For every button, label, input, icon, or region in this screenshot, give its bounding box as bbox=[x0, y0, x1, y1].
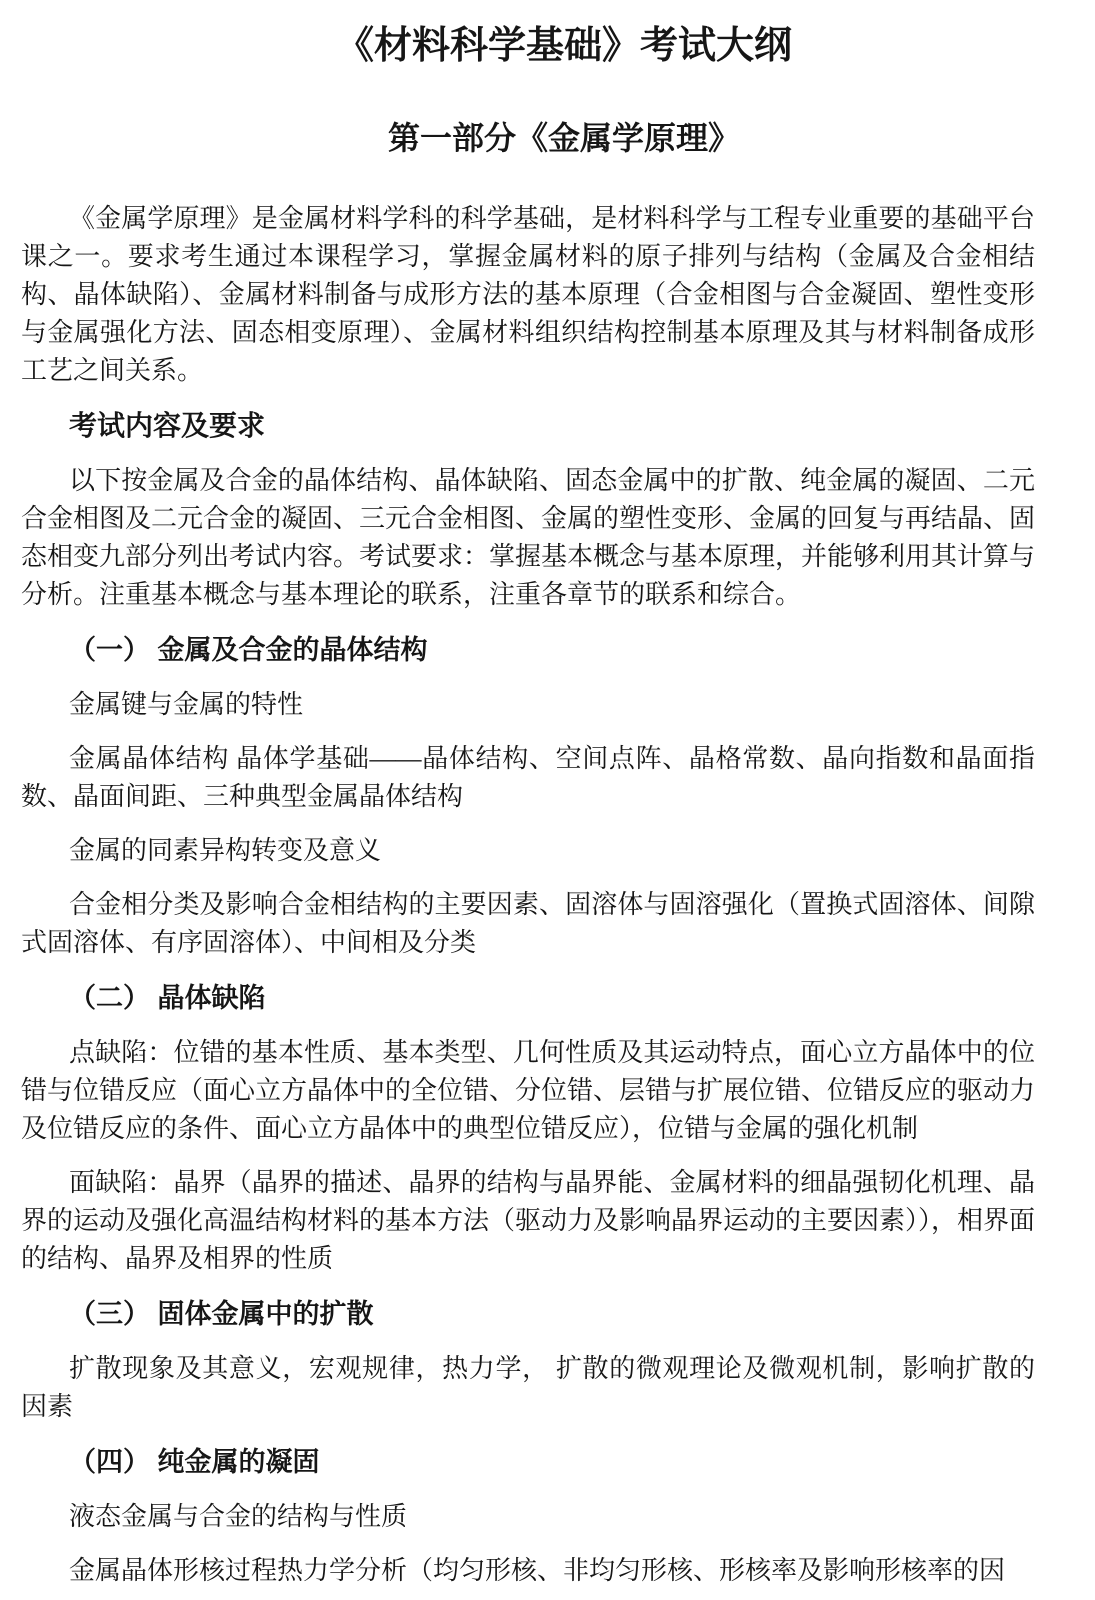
section-paragraph: 金属晶体形核过程热力学分析（均匀形核、非均匀形核、形核率及影响形核率的因 bbox=[21, 1552, 1035, 1590]
document-title: 《材料科学基础》考试大纲 bbox=[21, 22, 1035, 70]
section-paragraph: 合金相分类及影响合金相结构的主要因素、固溶体与固溶强化（置换式固溶体、间隙式固溶… bbox=[21, 886, 1035, 962]
section-paragraph: 金属晶体结构 晶体学基础——晶体结构、空间点阵、晶格常数、晶向指数和晶面指数、晶… bbox=[21, 740, 1035, 816]
section-paragraph: 扩散现象及其意义，宏观规律，热力学， 扩散的微观理论及微观机制，影响扩散的因素 bbox=[21, 1350, 1035, 1426]
section-heading: （二） 晶体缺陷 bbox=[21, 978, 1035, 1018]
exam-requirements-heading: 考试内容及要求 bbox=[21, 406, 1035, 446]
section-paragraph: 液态金属与合金的结构与性质 bbox=[21, 1498, 1035, 1536]
section-heading: （四） 纯金属的凝固 bbox=[21, 1442, 1035, 1482]
section-heading: （三） 固体金属中的扩散 bbox=[21, 1294, 1035, 1334]
syllabus-section-2: （二） 晶体缺陷 点缺陷：位错的基本性质、基本类型、几何性质及其运动特点，面心立… bbox=[21, 978, 1035, 1278]
section-paragraph: 金属的同素异构转变及意义 bbox=[21, 832, 1035, 870]
section-heading: （一） 金属及合金的晶体结构 bbox=[21, 630, 1035, 670]
section-paragraph: 面缺陷：晶界（晶界的描述、晶界的结构与晶界能、金属材料的细晶强韧化机理、晶界的运… bbox=[21, 1164, 1035, 1278]
exam-overview-paragraph: 以下按金属及合金的晶体结构、晶体缺陷、固态金属中的扩散、纯金属的凝固、二元合金相… bbox=[21, 462, 1035, 614]
section-paragraph: 金属键与金属的特性 bbox=[21, 686, 1035, 724]
intro-paragraph: 《金属学原理》是金属材料学科的科学基础，是材料科学与工程专业重要的基础平台课之一… bbox=[21, 200, 1035, 390]
document-page: 《材料科学基础》考试大纲 第一部分《金属学原理》 《金属学原理》是金属材料学科的… bbox=[0, 0, 1095, 1600]
syllabus-section-3: （三） 固体金属中的扩散 扩散现象及其意义，宏观规律，热力学， 扩散的微观理论及… bbox=[21, 1294, 1035, 1426]
syllabus-section-1: （一） 金属及合金的晶体结构 金属键与金属的特性 金属晶体结构 晶体学基础——晶… bbox=[21, 630, 1035, 962]
part-title: 第一部分《金属学原理》 bbox=[21, 116, 1035, 160]
syllabus-section-4: （四） 纯金属的凝固 液态金属与合金的结构与性质 金属晶体形核过程热力学分析（均… bbox=[21, 1442, 1035, 1590]
section-paragraph: 点缺陷：位错的基本性质、基本类型、几何性质及其运动特点，面心立方晶体中的位错与位… bbox=[21, 1034, 1035, 1148]
